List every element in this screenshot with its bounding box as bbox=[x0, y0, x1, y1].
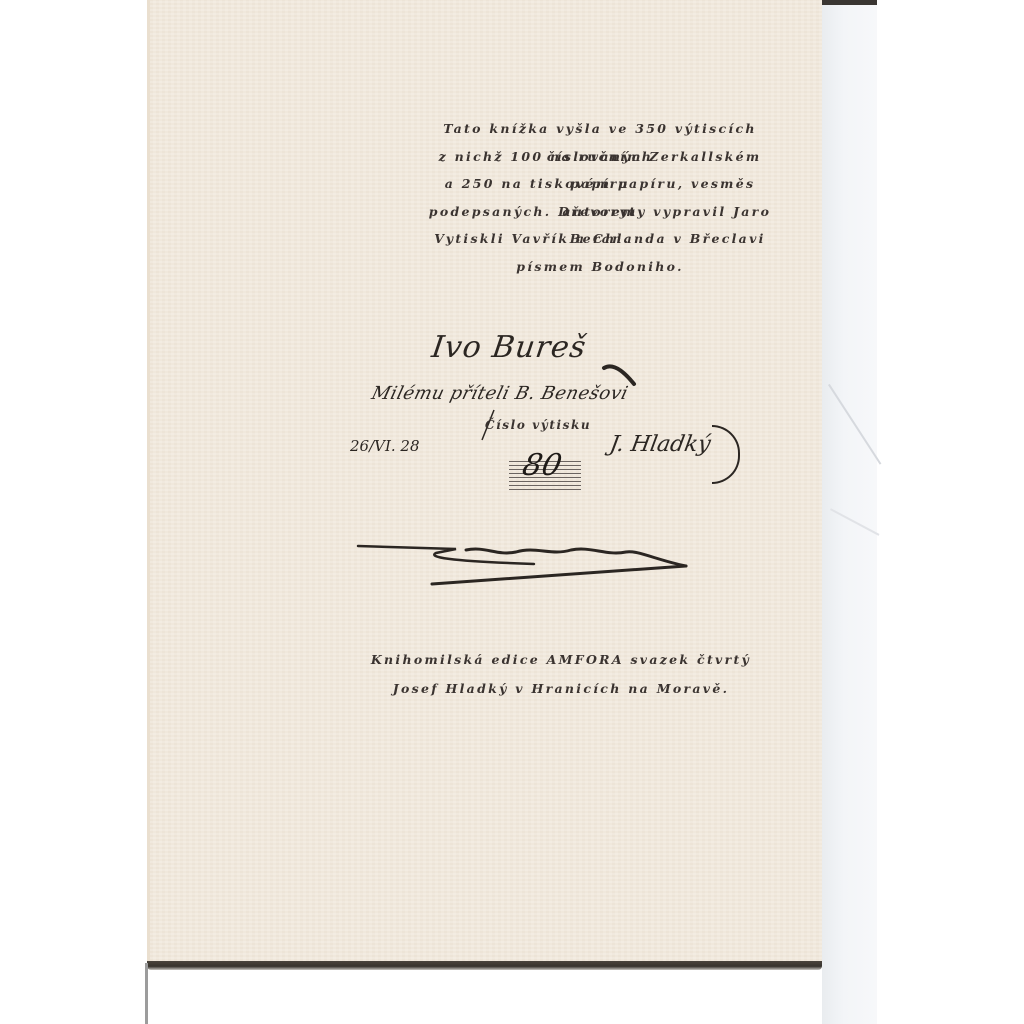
colophon-line: a 250 na tiskovém papíru, vesměs autorem bbox=[410, 170, 790, 198]
imprint-line: Josef Hladký v Hranicích na Moravě. bbox=[352, 674, 770, 703]
colophon-line: Tato knížka vyšla ve 350 výtiscích číslo… bbox=[410, 115, 790, 143]
backing-sheet-edge bbox=[822, 0, 877, 5]
imprint-text: Knihomilská edice AMFORA svazek čtvrtý J… bbox=[352, 645, 770, 703]
copy-number-label: Číslo výtisku bbox=[485, 418, 591, 432]
imprint-line: Knihomilská edice AMFORA svazek čtvrtý bbox=[352, 645, 770, 674]
colophon-line: z nichž 100 na ručním Zerkallském papíru bbox=[410, 143, 790, 171]
author-signature: Ivo Bureš bbox=[430, 330, 589, 365]
colophon-line: písmem Bodoniho. bbox=[410, 253, 790, 281]
publisher-signature: J. Hladký bbox=[608, 432, 713, 457]
dedication: Milému příteli B. Benešovi bbox=[369, 383, 630, 404]
inscription-date: 26/VI. 28 bbox=[350, 437, 420, 455]
colophon-line: Vytiskli Vavřík a Chlanda v Břeclavi bbox=[410, 225, 790, 253]
colophon-line: podepsaných. Dřevoryty vypravil Jaro Ber… bbox=[410, 198, 790, 226]
illustrator-signature: Jaro Beran bbox=[356, 540, 690, 590]
backing-sheet bbox=[822, 0, 877, 1024]
page-deckled-edge bbox=[147, 961, 822, 970]
page-shadow bbox=[145, 963, 148, 1024]
copy-number: 80 bbox=[519, 448, 565, 483]
colophon-text: Tato knížka vyšla ve 350 výtiscích číslo… bbox=[410, 115, 790, 280]
